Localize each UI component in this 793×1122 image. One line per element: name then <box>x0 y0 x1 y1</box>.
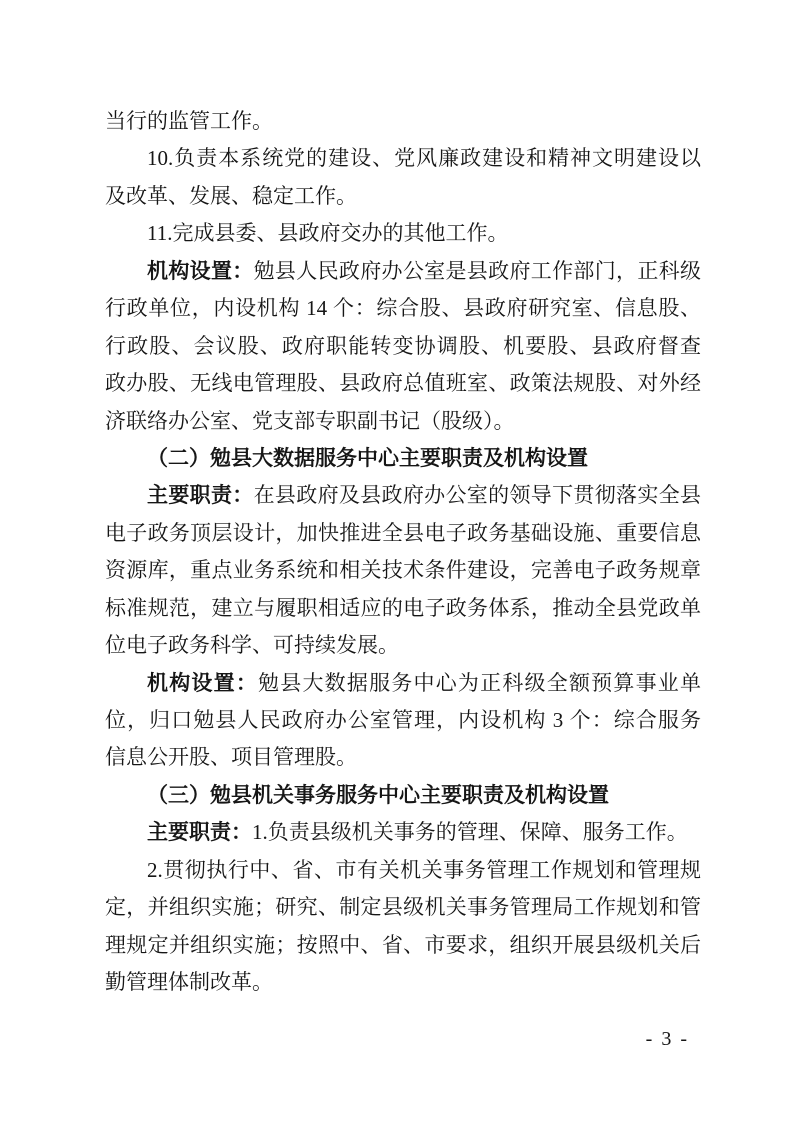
text-line: 当行的监管工作。 <box>105 103 701 140</box>
text-segment: 行政股、会议股、政府职能转变协调股、机要股、县政府督查室、 <box>105 334 701 365</box>
text-line: 位，归口勉县人民政府办公室管理，内设机构 3 个：综合服务股、 <box>105 702 701 739</box>
text-line: 政办股、无线电管理股、县政府总值班室、政策法规股、对外经 <box>105 365 701 402</box>
text-segment: 理规定并组织实施；按照中、省、市要求，组织开展县级机关后 <box>105 933 701 957</box>
text-segment: 电子政务顶层设计，加快推进全县电子政务基础设施、重要信息 <box>105 521 701 545</box>
text-line: 机构设置：勉县人民政府办公室是县政府工作部门，正科级 <box>105 253 701 290</box>
bold-text-segment: （二）勉县大数据服务中心主要职责及机构设置 <box>147 446 588 470</box>
text-line: 主要职责：在县政府及县政府办公室的领导下贯彻落实全县 <box>105 477 701 514</box>
text-segment: 10.负责本系统党的建设、党风廉政建设和精神文明建设以 <box>147 146 701 170</box>
document-body: 当行的监管工作。10.负责本系统党的建设、党风廉政建设和精神文明建设以及改革、发… <box>105 103 701 1002</box>
bold-text-segment: 主要职责： <box>147 483 254 507</box>
bold-text-segment: （三）勉县机关事务服务中心主要职责及机构设置 <box>147 783 609 807</box>
bold-text-segment: 机构设置： <box>147 671 258 695</box>
text-segment: 行政单位，内设机构 14 个：综合股、县政府研究室、信息股、 <box>105 296 701 320</box>
text-line: 11.完成县委、县政府交办的其他工作。 <box>105 215 701 252</box>
text-line: 理规定并组织实施；按照中、省、市要求，组织开展县级机关后 <box>105 927 701 964</box>
text-line: 2.贯彻执行中、省、市有关机关事务管理工作规划和管理规 <box>105 852 701 889</box>
text-line: 定，并组织实施；研究、制定县级机关事务管理局工作规划和管 <box>105 889 701 926</box>
text-line: 信息公开股、项目管理股。 <box>105 739 701 776</box>
text-segment: 11.完成县委、县政府交办的其他工作。 <box>147 221 508 245</box>
text-segment: 资源库，重点业务系统和相关技术条件建设，完善电子政务规章 <box>105 558 701 582</box>
text-line: 10.负责本系统党的建设、党风廉政建设和精神文明建设以 <box>105 140 701 177</box>
text-segment: 信息公开股、项目管理股。 <box>105 745 357 769</box>
bold-text-segment: 机构设置： <box>147 259 254 283</box>
text-segment: 位电子政务科学、可持续发展。 <box>105 633 399 657</box>
text-line: 行政单位，内设机构 14 个：综合股、县政府研究室、信息股、 <box>105 290 701 327</box>
text-segment: 政办股、无线电管理股、县政府总值班室、政策法规股、对外经 <box>105 371 701 395</box>
text-line: 勤管理体制改革。 <box>105 964 701 1001</box>
text-line: 主要职责：1.负责县级机关事务的管理、保障、服务工作。 <box>105 814 701 851</box>
text-segment: 在县政府及县政府办公室的领导下贯彻落实全县 <box>254 483 701 507</box>
text-line: 机构设置：勉县大数据服务中心为正科级全额预算事业单 <box>105 665 701 702</box>
text-segment: 位，归口勉县人民政府办公室管理，内设机构 3 个：综合服务股、 <box>105 708 701 739</box>
text-segment: 勉县大数据服务中心为正科级全额预算事业单 <box>258 671 701 695</box>
text-segment: 定，并组织实施；研究、制定县级机关事务管理局工作规划和管 <box>105 895 701 919</box>
text-segment: 标准规范，建立与履职相适应的电子政务体系，推动全县党政单 <box>105 596 701 620</box>
text-line: 资源库，重点业务系统和相关技术条件建设，完善电子政务规章 <box>105 552 701 589</box>
text-line: 行政股、会议股、政府职能转变协调股、机要股、县政府督查室、 <box>105 328 701 365</box>
text-line: 位电子政务科学、可持续发展。 <box>105 627 701 664</box>
text-line: 济联络办公室、党支部专职副书记（股级）。 <box>105 403 701 440</box>
text-segment: 及改革、发展、稳定工作。 <box>105 184 357 208</box>
text-line: 及改革、发展、稳定工作。 <box>105 178 701 215</box>
text-segment: 2.贯彻执行中、省、市有关机关事务管理工作规划和管理规 <box>147 858 701 882</box>
text-segment: 当行的监管工作。 <box>105 109 273 133</box>
text-segment: 济联络办公室、党支部专职副书记（股级）。 <box>105 409 515 433</box>
text-segment: 1.负责县级机关事务的管理、保障、服务工作。 <box>252 820 688 844</box>
text-line: （二）勉县大数据服务中心主要职责及机构设置 <box>105 440 701 477</box>
document-page: 当行的监管工作。10.负责本系统党的建设、党风廉政建设和精神文明建设以及改革、发… <box>0 0 793 1122</box>
text-line: 电子政务顶层设计，加快推进全县电子政务基础设施、重要信息 <box>105 515 701 552</box>
page-number: - 3 - <box>646 1024 689 1054</box>
text-line: 标准规范，建立与履职相适应的电子政务体系，推动全县党政单 <box>105 590 701 627</box>
text-line: （三）勉县机关事务服务中心主要职责及机构设置 <box>105 777 701 814</box>
text-segment: 勉县人民政府办公室是县政府工作部门，正科级 <box>254 259 701 283</box>
bold-text-segment: 主要职责： <box>147 820 252 844</box>
text-segment: 勤管理体制改革。 <box>105 970 273 994</box>
